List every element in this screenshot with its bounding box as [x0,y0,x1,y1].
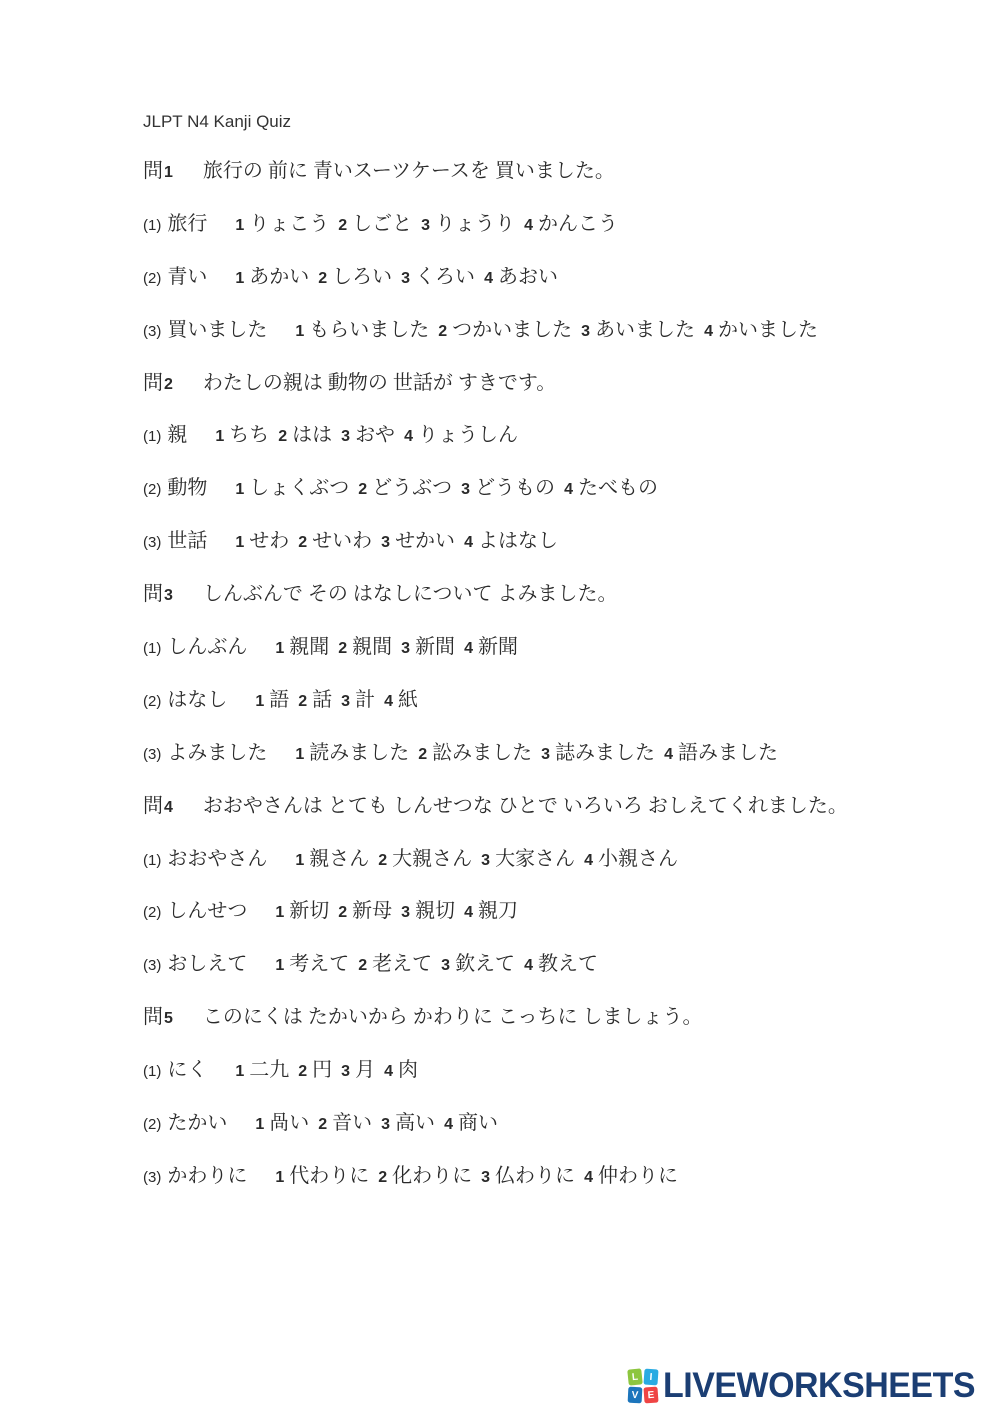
choice-number: 4 [444,1116,453,1133]
choice-option: 2老えて [349,953,432,975]
choice-option: 1二九 [235,1059,289,1081]
choices: 1咼い2音い3高い4商い [255,1112,498,1134]
choice-number: 4 [584,852,593,869]
question-heading: 問1旅行の 前に 青いスーツケースを 買いました。 [143,145,940,198]
choice-option: 2円 [289,1059,332,1081]
choices: 1ちち2はは3おや4りょうしん [215,424,518,446]
choice-number: 2 [438,323,447,340]
choices: 1読みました2訟みました3誌みました4語みました [295,742,778,764]
liveworksheets-logo[interactable]: LIVE LIVEWORKSHEETS [628,1366,985,1406]
choice-number: 2 [338,904,347,921]
choice-number: 2 [358,481,367,498]
question-heading: 問5このにくは たかいから かわりに こっちに しましょう。 [143,991,940,1044]
question-marker: 問 [143,372,163,394]
quiz-item: (3)買いました1もらいました2つかいました3あいました4かいました [143,304,940,357]
logo-tile-e: E [644,1387,659,1404]
choice-number: 3 [381,1116,390,1133]
choice-number: 2 [378,1169,387,1186]
question-marker: 問 [143,795,163,817]
quiz-item: (2)はなし1語2話3計4紙 [143,674,940,727]
choice-option: 1りょこう [235,213,329,235]
choice-text: 親間 [352,636,392,658]
item-label: (1) [143,428,161,445]
choice-text: かいました [718,319,818,341]
choice-number: 1 [235,534,244,551]
choice-number: 4 [584,1169,593,1186]
choice-text: 代わりに [289,1165,369,1187]
choice-text: 仲わりに [598,1165,678,1187]
choice-option: 3仏わりに [472,1165,575,1187]
choice-number: 1 [275,1169,284,1186]
choice-option: 1しょくぶつ [235,477,349,499]
choice-option: 3くろい [392,266,475,288]
worksheet-page: JLPT N4 Kanji Quiz 問1旅行の 前に 青いスーツケースを 買い… [0,0,1000,1414]
choice-option: 1考えて [275,953,349,975]
choice-text: 二九 [249,1059,289,1081]
choice-number: 4 [464,904,473,921]
choice-text: どうぶつ [372,477,452,499]
choice-option: 4たべもの [555,477,658,499]
choice-number: 3 [441,957,450,974]
choice-number: 3 [341,1063,350,1080]
liveworksheets-logo-icon: LIVE [628,1369,658,1403]
choice-option: 4語みました [655,742,778,764]
choice-text: 大親さん [392,848,472,870]
choice-number: 1 [275,957,284,974]
footer: LIVE LIVEWORKSHEETS [628,1366,985,1406]
choice-number: 3 [401,640,410,657]
item-word: たかい [167,1112,227,1134]
choices: 1親さん2大親さん3大家さん4小親さん [295,848,678,870]
choice-number: 3 [421,217,430,234]
choice-number: 3 [541,746,550,763]
item-word: おおやさん [167,848,267,870]
item-label: (1) [143,1063,161,1080]
choice-text: くろい [415,266,475,288]
choice-number: 3 [481,1169,490,1186]
item-label: (1) [143,217,161,234]
quiz-item: (1)旅行1りょこう2しごと3りょうり4かんこう [143,198,940,251]
question-heading: 問3しんぶんで その はなしについて よみました。 [143,568,940,621]
choice-text: 仏わりに [495,1165,575,1187]
choices: 1考えて2老えて3欽えて4教えて [275,953,598,975]
choice-option: 1もらいました [295,319,429,341]
choice-option: 3新間 [392,636,455,658]
page-title: JLPT N4 Kanji Quiz [143,112,940,132]
choice-number: 2 [318,270,327,287]
choice-option: 3月 [332,1059,375,1081]
choice-text: つかいました [452,319,572,341]
choice-option: 1読みました [295,742,409,764]
choice-number: 3 [341,428,350,445]
item-label: (3) [143,1169,161,1186]
choice-option: 3せかい [372,530,455,552]
choice-option: 4あおい [475,266,558,288]
quiz-item: (2)しんせつ1新切2新母3親切4親刀 [143,885,940,938]
choice-text: はは [292,424,332,446]
choice-number: 4 [664,746,673,763]
choices: 1あかい2しろい3くろい4あおい [235,266,558,288]
choice-option: 4肉 [375,1059,418,1081]
question-sentence: しんぶんで その はなしについて よみました。 [203,583,618,605]
choice-number: 4 [484,270,493,287]
choice-text: 小親さん [598,848,678,870]
logo-tile-i: I [644,1369,659,1386]
choice-option: 3欽えて [432,953,515,975]
choices: 1代わりに2化わりに3仏わりに4仲わりに [275,1165,678,1187]
choice-text: ちち [229,424,269,446]
choice-text: あいました [595,319,695,341]
choice-text: りょうり [435,213,515,235]
choice-text: かんこう [538,213,618,235]
choice-option: 1せわ [235,530,289,552]
item-word: おしえて [167,953,247,975]
choice-number: 3 [581,323,590,340]
choice-text: 肉 [398,1059,418,1081]
choice-text: おや [355,424,395,446]
item-label: (2) [143,481,161,498]
choice-text: しごと [352,213,412,235]
choice-option: 2化わりに [369,1165,472,1187]
choice-number: 3 [381,534,390,551]
choice-number: 1 [295,746,304,763]
choice-text: 新聞 [478,636,518,658]
choice-text: 語 [269,689,289,711]
choice-option: 4紙 [375,689,418,711]
question-sentence: わたしの親は 動物の 世話が すきです。 [203,372,556,394]
choice-text: 化わりに [392,1165,472,1187]
choice-number: 2 [418,746,427,763]
choice-number: 3 [341,693,350,710]
choice-number: 4 [704,323,713,340]
choice-option: 4教えて [515,953,598,975]
choice-number: 1 [255,693,264,710]
choice-number: 2 [298,693,307,710]
question-sentence: おおやさんは とても しんせつな ひとで いろいろ おしえてくれました。 [203,795,848,817]
choice-text: 考えて [289,953,349,975]
choice-option: 4新聞 [455,636,518,658]
choice-number: 1 [235,217,244,234]
choice-number: 3 [461,481,470,498]
choice-number: 2 [318,1116,327,1133]
choice-text: 音い [332,1112,372,1134]
choice-number: 3 [401,904,410,921]
quiz-item: (1)にく1二九2円3月4肉 [143,1044,940,1097]
choice-text: 高い [395,1112,435,1134]
item-word: しんせつ [167,900,247,922]
choice-option: 3大家さん [472,848,575,870]
choice-option: 4かんこう [515,213,618,235]
choice-option: 4よはなし [455,530,558,552]
choice-text: 親さん [309,848,369,870]
question-heading: 問2わたしの親は 動物の 世話が すきです。 [143,357,940,410]
question-number: 1 [164,164,173,181]
question-marker: 問 [143,160,163,182]
item-word: 旅行 [167,213,207,235]
choices: 1もらいました2つかいました3あいました4かいました [295,319,818,341]
choice-option: 2話 [289,689,332,711]
choice-number: 4 [564,481,573,498]
item-word: にく [167,1059,207,1081]
choice-option: 4仲わりに [575,1165,678,1187]
worksheet-content: JLPT N4 Kanji Quiz 問1旅行の 前に 青いスーツケースを 買い… [143,112,940,1203]
choice-option: 2大親さん [369,848,472,870]
choice-option: 2どうぶつ [349,477,452,499]
choice-number: 4 [384,1063,393,1080]
question-number: 5 [164,1010,173,1027]
quiz-item: (2)たかい1咼い2音い3高い4商い [143,1097,940,1150]
choice-text: 読みました [309,742,409,764]
choice-number: 1 [235,1063,244,1080]
quiz-item: (3)世話1せわ2せいわ3せかい4よはなし [143,515,940,568]
choice-option: 1あかい [235,266,309,288]
choices: 1新切2新母3親切4親刀 [275,900,518,922]
choice-number: 4 [384,693,393,710]
choice-text: 新間 [415,636,455,658]
choice-option: 3親切 [392,900,455,922]
choice-number: 1 [215,428,224,445]
item-word: はなし [167,689,227,711]
choice-option: 2つかいました [429,319,572,341]
choice-option: 1咼い [255,1112,309,1134]
item-label: (2) [143,904,161,921]
choice-option: 2親間 [329,636,392,658]
item-label: (2) [143,270,161,287]
choice-number: 1 [295,852,304,869]
choices: 1親聞2親間3新間4新聞 [275,636,518,658]
choice-text: せかい [395,530,455,552]
item-label: (2) [143,693,161,710]
item-label: (2) [143,1116,161,1133]
quiz-item: (1)おおやさん1親さん2大親さん3大家さん4小親さん [143,833,940,886]
choice-number: 4 [404,428,413,445]
choice-text: 紙 [398,689,418,711]
choice-number: 4 [524,957,533,974]
choice-option: 2新母 [329,900,392,922]
question-sentence: 旅行の 前に 青いスーツケースを 買いました。 [203,160,615,182]
choice-text: 新切 [289,900,329,922]
choice-number: 3 [401,270,410,287]
choice-number: 3 [481,852,490,869]
choice-text: 親聞 [289,636,329,658]
choice-text: たべもの [578,477,658,499]
choice-text: しょくぶつ [249,477,349,499]
choice-text: 親刀 [478,900,518,922]
choice-text: 訟みました [432,742,532,764]
quiz-item: (1)しんぶん1親聞2親間3新間4新聞 [143,621,940,674]
question-sentence: このにくは たかいから かわりに こっちに しましょう。 [203,1006,703,1028]
item-label: (3) [143,323,161,340]
choice-option: 3誌みました [532,742,655,764]
choice-text: 新母 [352,900,392,922]
choices: 1せわ2せいわ3せかい4よはなし [235,530,558,552]
choice-text: 商い [458,1112,498,1134]
quiz-item: (2)動物1しょくぶつ2どうぶつ3どうもの4たべもの [143,462,940,515]
choice-option: 3計 [332,689,375,711]
choice-number: 1 [235,481,244,498]
brand-name: LIVEWORKSHEETS [663,1366,975,1406]
choice-option: 3あいました [572,319,695,341]
choice-option: 4親刀 [455,900,518,922]
choice-option: 1代わりに [275,1165,369,1187]
choice-number: 2 [358,957,367,974]
item-word: 買いました [167,319,267,341]
choice-text: 老えて [372,953,432,975]
choice-number: 4 [464,534,473,551]
item-label: (1) [143,852,161,869]
choice-text: あおい [498,266,558,288]
choice-number: 1 [255,1116,264,1133]
item-word: かわりに [167,1165,247,1187]
choice-option: 4商い [435,1112,498,1134]
quiz-item: (3)よみました1読みました2訟みました3誌みました4語みました [143,727,940,780]
item-word: 動物 [167,477,207,499]
choice-text: 月 [355,1059,375,1081]
choice-number: 1 [295,323,304,340]
choice-option: 3どうもの [452,477,555,499]
choice-option: 2音い [309,1112,372,1134]
choice-number: 2 [278,428,287,445]
choice-text: 咼い [269,1112,309,1134]
item-word: よみました [167,742,267,764]
choice-text: 大家さん [495,848,575,870]
item-label: (3) [143,957,161,974]
choice-text: 親切 [415,900,455,922]
quiz-body: 問1旅行の 前に 青いスーツケースを 買いました。(1)旅行1りょこう2しごと3… [143,145,940,1203]
choice-option: 4りょうしん [395,424,518,446]
question-number: 4 [164,799,173,816]
item-word: 世話 [167,530,207,552]
choice-number: 2 [298,534,307,551]
choice-number: 2 [338,640,347,657]
question-number: 2 [164,376,173,393]
question-marker: 問 [143,1006,163,1028]
quiz-item: (3)おしえて1考えて2老えて3欽えて4教えて [143,938,940,991]
choice-text: 誌みました [555,742,655,764]
choice-option: 3おや [332,424,395,446]
question-heading: 問4おおやさんは とても しんせつな ひとで いろいろ おしえてくれました。 [143,780,940,833]
quiz-item: (3)かわりに1代わりに2化わりに3仏わりに4仲わりに [143,1150,940,1203]
choice-text: りょうしん [418,424,518,446]
choices: 1語2話3計4紙 [255,689,418,711]
choice-number: 4 [464,640,473,657]
choice-text: 語みました [678,742,778,764]
choice-number: 1 [235,270,244,287]
choice-option: 2訟みました [409,742,532,764]
item-word: 青い [167,266,207,288]
choice-text: どうもの [475,477,555,499]
choice-text: もらいました [309,319,429,341]
choice-number: 2 [378,852,387,869]
choice-text: よはなし [478,530,558,552]
choice-text: 欽えて [455,953,515,975]
item-word: 親 [167,424,187,446]
choice-option: 3りょうり [412,213,515,235]
choice-number: 2 [338,217,347,234]
choices: 1りょこう2しごと3りょうり4かんこう [235,213,618,235]
item-label: (1) [143,640,161,657]
choice-option: 2せいわ [289,530,372,552]
choice-text: しろい [332,266,392,288]
choice-text: 話 [312,689,332,711]
quiz-item: (2)青い1あかい2しろい3くろい4あおい [143,251,940,304]
choice-text: 教えて [538,953,598,975]
choices: 1しょくぶつ2どうぶつ3どうもの4たべもの [235,477,658,499]
question-marker: 問 [143,583,163,605]
choice-option: 2しろい [309,266,392,288]
choice-option: 1親聞 [275,636,329,658]
choice-text: 円 [312,1059,332,1081]
choice-text: 計 [355,689,375,711]
question-number: 3 [164,587,173,604]
choice-text: あかい [249,266,309,288]
choice-option: 3高い [372,1112,435,1134]
choice-text: りょこう [249,213,329,235]
choice-option: 1親さん [295,848,369,870]
choice-number: 4 [524,217,533,234]
choice-option: 2しごと [329,213,412,235]
quiz-item: (1)親1ちち2はは3おや4りょうしん [143,409,940,462]
item-label: (3) [143,534,161,551]
choice-option: 4かいました [695,319,818,341]
item-label: (3) [143,746,161,763]
choice-text: せいわ [312,530,372,552]
choice-option: 1新切 [275,900,329,922]
choice-number: 1 [275,640,284,657]
choice-option: 1ちち [215,424,269,446]
choice-option: 4小親さん [575,848,678,870]
choice-option: 1語 [255,689,289,711]
choice-text: せわ [249,530,289,552]
item-word: しんぶん [167,636,247,658]
choices: 1二九2円3月4肉 [235,1059,418,1081]
logo-tile-v: V [628,1387,643,1404]
choice-option: 2はは [269,424,332,446]
choice-number: 1 [275,904,284,921]
logo-tile-l: L [628,1368,644,1385]
choice-number: 2 [298,1063,307,1080]
